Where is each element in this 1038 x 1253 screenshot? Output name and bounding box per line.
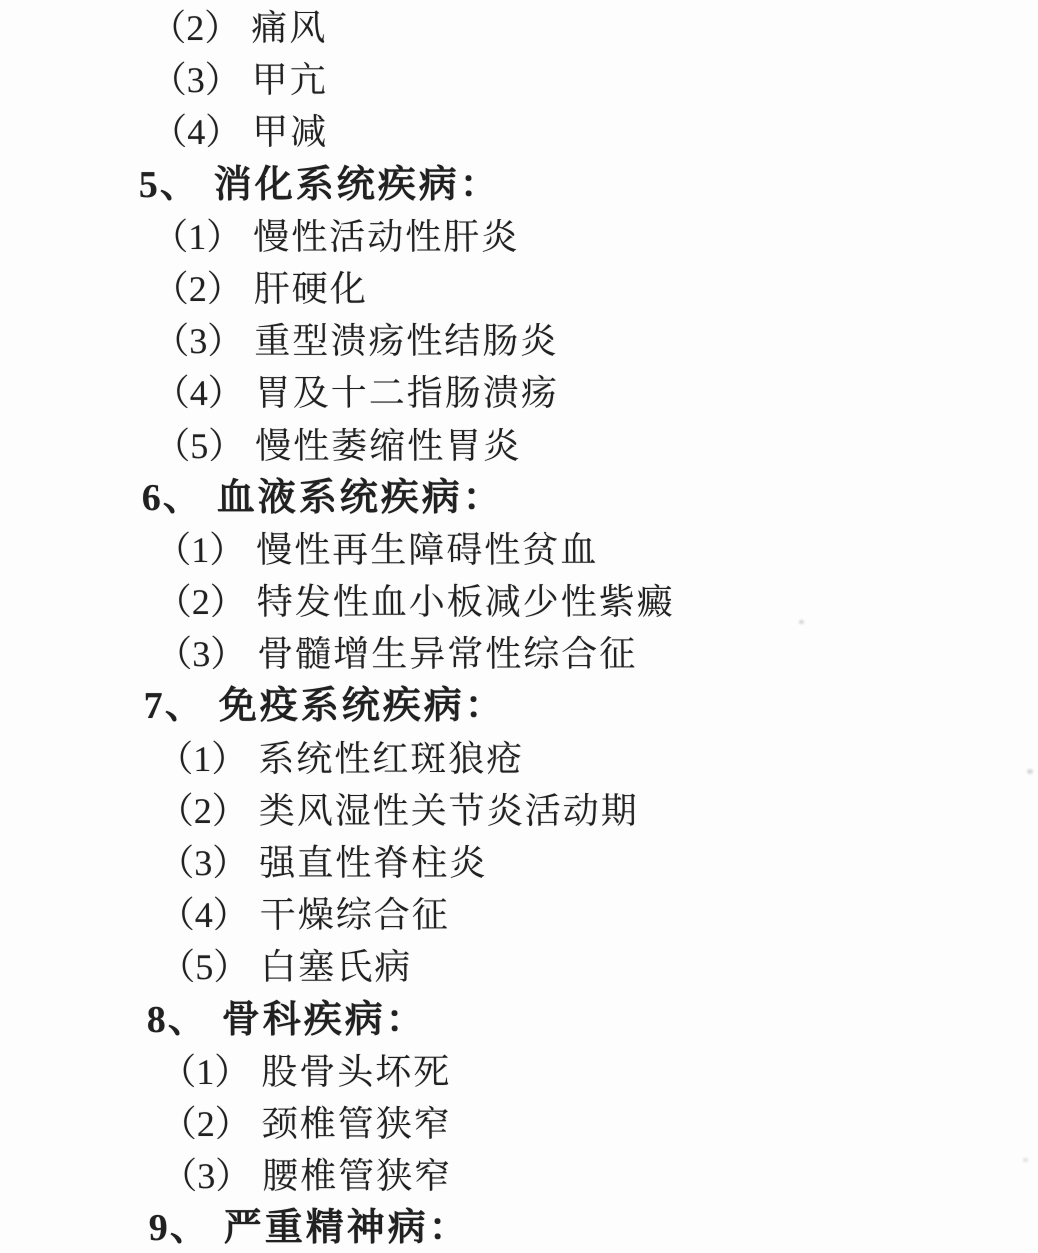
item-number: （4） (154, 367, 245, 419)
scan-speck (1027, 769, 1033, 774)
item-text: 肝硬化 (254, 269, 368, 309)
list-item: （1）慢性再生障碍性贫血 (142, 524, 675, 576)
item-text: 骨髓增生异常性综合征 (257, 634, 637, 674)
section-title: 免疫系统疾病： (219, 685, 506, 727)
section-title: 严重精神病： (224, 1207, 470, 1249)
section-header: 7、免疫系统疾病： (144, 680, 677, 732)
list-item: （2）类风湿性关节炎活动期 (145, 785, 678, 837)
scan-speck (1023, 1158, 1028, 1162)
item-text: 重型溃疡性结肠炎 (254, 321, 558, 361)
list-item: （3）重型溃疡性结肠炎 (140, 315, 673, 367)
list-item: （3）骨髓增生异常性综合征 (143, 628, 676, 680)
section-number: 6、 (142, 472, 204, 524)
list-item: （4）胃及十二指肠溃疡 (141, 367, 674, 419)
list-item: （5）慢性萎缩性胃炎 (141, 420, 674, 472)
item-text: 强直性脊柱炎 (259, 843, 487, 883)
item-number: （3） (161, 1150, 252, 1202)
item-number: （1） (152, 211, 243, 263)
scanned-document-page: （2）痛风（3）甲亢（4）甲减5、消化系统疾病：（1）慢性活动性肝炎（2）肝硬化… (137, 2, 681, 1253)
item-number: （3） (151, 54, 242, 106)
item-number: （5） (159, 941, 250, 993)
item-text: 痛风 (251, 8, 327, 48)
section-number: 7、 (144, 680, 206, 732)
list-item: （4）干燥综合征 (146, 889, 679, 941)
item-text: 类风湿性关节炎活动期 (259, 791, 639, 831)
list-item: （2）肝硬化 (140, 263, 673, 315)
item-text: 胃及十二指肠溃疡 (255, 373, 559, 413)
section-title: 血液系统疾病： (217, 477, 504, 519)
item-text: 干燥综合征 (260, 895, 450, 935)
item-text: 特发性血小板减少性紫癜 (257, 582, 675, 622)
list-item: （1）慢性活动性肝炎 (139, 211, 672, 263)
item-number: （4） (151, 106, 242, 158)
item-number: （1） (155, 524, 246, 576)
item-number: （3） (156, 628, 247, 680)
item-text: 甲亢 (252, 60, 328, 100)
section-title: 消化系统疾病： (214, 164, 501, 206)
item-text: 颈椎管狭窄 (262, 1104, 452, 1144)
list-item: （2）颈椎管狭窄 (148, 1098, 681, 1150)
item-number: （2） (150, 2, 241, 54)
item-number: （5） (154, 420, 245, 472)
section-header: 8、骨科疾病： (147, 994, 680, 1046)
section-number: 9、 (149, 1202, 211, 1253)
item-text: 甲减 (252, 112, 328, 152)
list-item: （3）甲亢 (138, 54, 671, 106)
item-number: （2） (158, 785, 249, 837)
list-item: （1）股骨头坏死 (147, 1046, 680, 1098)
item-text: 股骨头坏死 (261, 1052, 451, 1092)
item-number: （4） (159, 889, 250, 941)
section-number: 5、 (139, 159, 201, 211)
item-number: （2） (161, 1098, 252, 1150)
item-number: （3） (158, 837, 249, 889)
list-item: （2）痛风 (137, 2, 670, 54)
item-text: 慢性再生障碍性贫血 (256, 530, 598, 570)
item-text: 白塞氏病 (260, 947, 412, 987)
item-text: 慢性萎缩性胃炎 (255, 426, 521, 466)
list-item: （2）特发性血小板减少性紫癜 (143, 576, 676, 628)
list-item: （5）白塞氏病 (146, 941, 679, 993)
item-text: 慢性活动性肝炎 (253, 217, 519, 257)
scan-speck (799, 620, 804, 624)
item-text: 腰椎管狭窄 (262, 1156, 452, 1196)
section-title: 骨科疾病： (222, 999, 427, 1041)
item-text: 系统性红斑狼疮 (258, 739, 524, 779)
item-number: （1） (160, 1046, 251, 1098)
item-number: （2） (153, 263, 244, 315)
section-number: 8、 (147, 994, 209, 1046)
section-header: 9、严重精神病： (149, 1202, 682, 1253)
item-number: （2） (156, 576, 247, 628)
item-number: （3） (153, 315, 244, 367)
list-item: （4）甲减 (138, 106, 671, 158)
list-item: （3）腰椎管狭窄 (148, 1150, 681, 1202)
list-item: （1）系统性红斑狼疮 (144, 733, 677, 785)
section-header: 6、血液系统疾病： (142, 472, 675, 524)
section-header: 5、消化系统疾病： (139, 159, 672, 211)
list-item: （3）强直性脊柱炎 (145, 837, 678, 889)
item-number: （1） (157, 733, 248, 785)
